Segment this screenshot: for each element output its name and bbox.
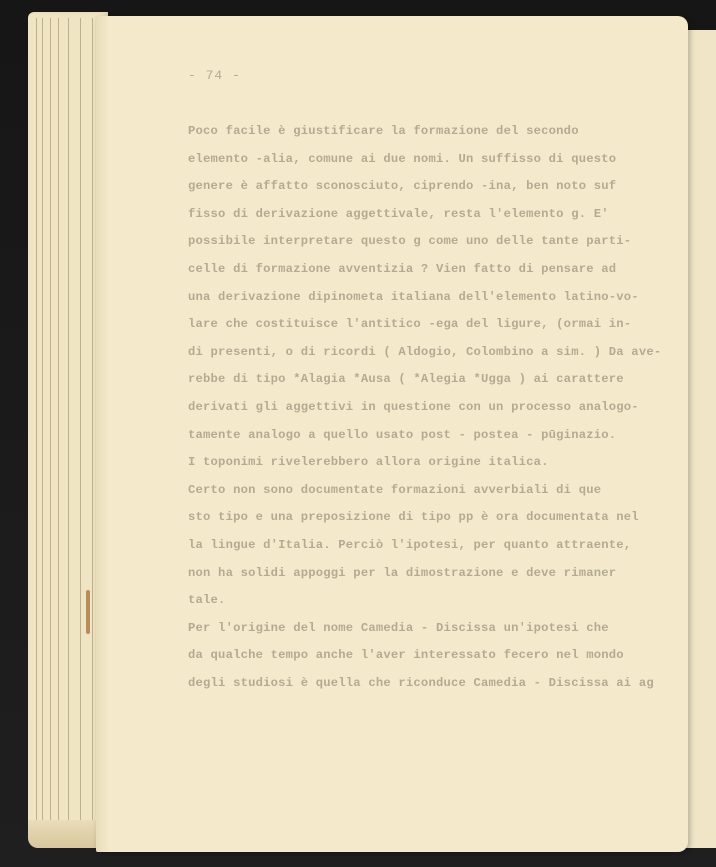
text-line: possibile interpretare questo g come uno… — [188, 228, 558, 256]
text-line: tamente analogo a quello usato post - po… — [188, 422, 558, 450]
text-line: la lingue d'Italia. Perciò l'ipotesi, pe… — [188, 532, 558, 560]
text-line: lare che costituisce l'antitico -ega del… — [188, 311, 558, 339]
text-line: Certo non sono documentate formazioni av… — [188, 477, 558, 505]
text-line: da qualche tempo anche l'aver interessat… — [188, 642, 558, 670]
text-line: degli studiosi è quella che riconduce Ca… — [188, 670, 558, 698]
text-line: I toponimi rivelerebbero allora origine … — [188, 449, 558, 477]
text-line: tale. — [188, 587, 558, 615]
text-line: Poco facile è giustificare la formazione… — [188, 118, 558, 146]
text-line: di presenti, o di ricordi ( Aldogio, Col… — [188, 339, 558, 367]
text-line: rebbe di tipo *Alagia *Ausa ( *Alegia *U… — [188, 366, 558, 394]
text-line: genere è affatto sconosciuto, ciprendo -… — [188, 173, 558, 201]
text-line: sto tipo e una preposizione di tipo pp è… — [188, 504, 558, 532]
text-line: fisso di derivazione aggettivale, resta … — [188, 201, 558, 229]
text-line: una derivazione dipinometa italiana dell… — [188, 284, 558, 312]
text-line: derivati gli aggettivi in questione con … — [188, 394, 558, 422]
page-number: - 74 - — [188, 68, 241, 83]
typewritten-body: Poco facile è giustificare la formazione… — [188, 118, 558, 697]
text-line: elemento -alia, comune ai due nomi. Un s… — [188, 146, 558, 174]
text-line: celle di formazione avventizia ? Vien fa… — [188, 256, 558, 284]
text-line: Per l'origine del nome Camedia - Disciss… — [188, 615, 558, 643]
paper-stain — [86, 590, 90, 634]
facing-page-edge — [686, 30, 716, 848]
text-line: non ha solidi appoggi per la dimostrazio… — [188, 560, 558, 588]
